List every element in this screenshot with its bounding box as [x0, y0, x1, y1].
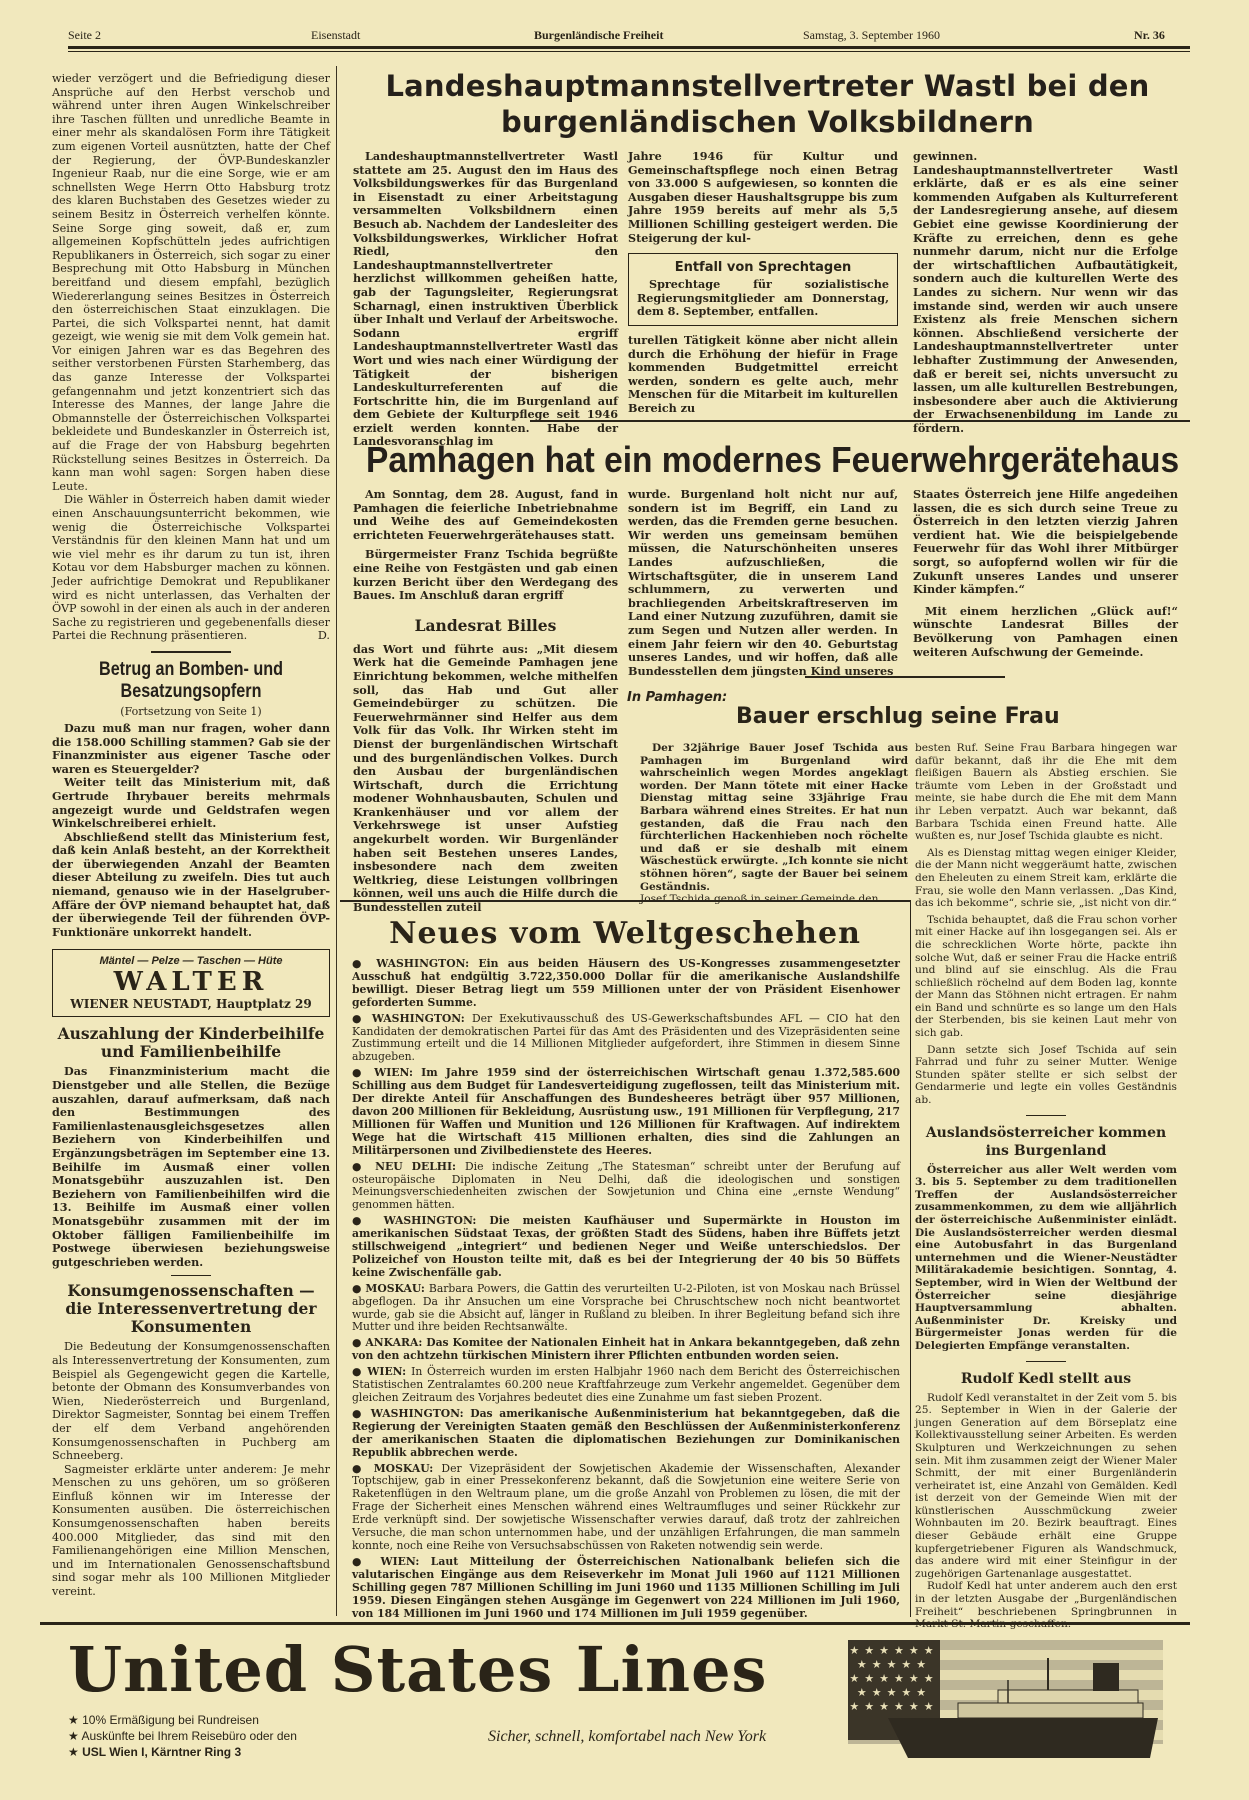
article-continued: wieder verzögert und die Befriedigung di…: [52, 72, 330, 493]
divider: [1026, 1115, 1066, 1116]
wastl-col2: Jahre 1946 für Kultur und Gemeinschaftsp…: [628, 150, 898, 416]
news-place: WASHINGTON:: [371, 1407, 470, 1420]
bullet-icon: ●: [352, 1282, 365, 1295]
kedl-p1: Rudolf Kedl veranstaltet in der Zeit vom…: [915, 1392, 1177, 1580]
ocean-liner-icon: [888, 1658, 1178, 1768]
usl-brand: United States Lines: [68, 1638, 767, 1702]
bullet-icon: ●: [352, 1555, 381, 1568]
bauer-p2: Als es Dienstag mittag wegen einiger Kle…: [915, 847, 1177, 909]
usl-ad: United States Lines ★ 10% Ermäßigung bei…: [58, 1638, 1178, 1788]
betrug-p2: Weiter teilt das Ministerium mit, daß Ge…: [52, 775, 330, 830]
masthead-rule: [68, 46, 1190, 49]
walter-tagline: Mäntel — Pelze — Taschen — Hüte: [57, 955, 325, 967]
article-continued-2: Die Wähler in Österreich haben damit wie…: [52, 493, 330, 642]
bauer-p1: besten Ruf. Seine Frau Barbara hingegen …: [915, 742, 1177, 843]
usl-bullets: ★ 10% Ermäßigung bei Rundreisen ★ Auskün…: [68, 1712, 297, 1760]
wastl-text-1: Landeshauptmannstellvertreter Wastl stat…: [353, 149, 618, 448]
walter-address: WIENER NEUSTADT, Hauptplatz 29: [57, 997, 325, 1011]
kedl-headline: Rudolf Kedl stellt aus: [915, 1370, 1177, 1388]
pamhagen-headline: Pamhagen hat ein modernes Feuerwehrgerät…: [366, 440, 1129, 480]
left-column: wieder verzögert und die Befriedigung di…: [52, 72, 330, 1599]
bullet-icon: ●: [352, 1365, 367, 1378]
auslands-text: Österreicher aus aller Welt werden vom 3…: [915, 1164, 1177, 1352]
wastl-headline-wrap: Landeshauptmannstellvertreter Wastl bei …: [345, 68, 1190, 140]
issue-date: Samstag, 3. September 1960: [803, 28, 940, 43]
news-place: NEU DELHI:: [375, 1160, 465, 1173]
news-text: Barbara Powers, die Gattin des verurteil…: [352, 1282, 900, 1334]
news-place: WIEN:: [381, 1555, 431, 1568]
divider: [171, 1275, 211, 1276]
bullet-icon: ●: [352, 1407, 371, 1420]
bauer-p3: Tschida behauptet, daß die Frau schon vo…: [915, 914, 1177, 1039]
news-text: Im Jahre 1959 sind der österreichischen …: [352, 1066, 900, 1156]
news-item: ● MOSKAU: Der Vizepräsident der Sowjetis…: [352, 1463, 900, 1553]
pamhagen-col1: Am Sonntag, dem 28. August, fand in Pamh…: [353, 488, 618, 915]
news-place: ANKARA:: [365, 1336, 426, 1349]
betrug-headline: Betrug an Bomben- und Besatzungsopfern: [73, 659, 309, 703]
usl-slogan: Sicher, schnell, komfortabel nach New Yo…: [488, 1728, 766, 1746]
weltgeschehen-box: Neues vom Weltgeschehen ● WASHINGTON: Ei…: [340, 900, 911, 1617]
news-text: In Österreich wurden im ersten Halbjahr …: [352, 1365, 900, 1404]
page-number: Seite 2: [68, 28, 101, 43]
bullet-icon: ●: [352, 1066, 374, 1079]
wastl-text-3: turellen Tätigkeit könne aber nicht alle…: [628, 334, 898, 416]
place: Eisenstadt: [311, 28, 360, 43]
star-icon: ★: [68, 1713, 79, 1727]
section-rule: [805, 676, 1005, 678]
masthead: Seite 2 Eisenstadt Burgenländische Freih…: [68, 24, 1190, 44]
wastl-text-4: gewinnen. Landeshauptmannstellvertreter …: [913, 150, 1178, 435]
walter-name: WALTER: [57, 967, 325, 997]
star-icon: ★: [68, 1729, 79, 1743]
news-place: MOSKAU:: [374, 1462, 442, 1475]
billes-subhead: Landesrat Billes: [353, 617, 618, 635]
bullet-icon: ●: [352, 1336, 365, 1349]
konsum-p2: Sagmeister erklärte unter anderem: Je me…: [52, 1463, 330, 1598]
news-text: Laut Mitteilung der Österreichischen Nat…: [352, 1555, 900, 1620]
bauer-headline: Bauer erschlug seine Frau: [736, 704, 1060, 729]
news-place: WIEN:: [367, 1365, 411, 1378]
divider: [1026, 1361, 1066, 1362]
news-item: ● NEU DELHI: Die indische Zeitung „The S…: [352, 1161, 900, 1213]
news-text: Das Komitee der Nationalen Einheit hat i…: [352, 1336, 900, 1362]
pamhagen-p1: Am Sonntag, dem 28. August, fand in Pamh…: [353, 487, 618, 542]
pamhagen-p3: das Wort und führte aus: „Mit diesem Wer…: [353, 643, 618, 915]
weltgeschehen-list: ● WASHINGTON: Ein aus beiden Häusern des…: [340, 954, 910, 1620]
news-place: MOSKAU:: [365, 1282, 429, 1295]
news-place: WIEN:: [374, 1066, 421, 1079]
usl-bullet: ★ 10% Ermäßigung bei Rundreisen: [68, 1712, 297, 1728]
bauer-lead: Der 32jährige Bauer Josef Tschida aus Pa…: [640, 742, 908, 893]
betrug-p3: Abschließend stellt das Ministerium fest…: [52, 830, 330, 939]
news-place: WASHINGTON:: [376, 957, 478, 970]
wastl-col3: gewinnen. Landeshauptmannstellvertreter …: [913, 150, 1178, 435]
bauer-kicker: In Pamhagen:: [627, 690, 727, 705]
star-icon: ★: [68, 1745, 79, 1759]
bauer-col1: Der 32jährige Bauer Josef Tschida aus Pa…: [640, 742, 908, 906]
notice-title: Entfall von Sprechtagen: [637, 260, 889, 275]
pamhagen-p5: Staates Österreich jene Hilfe angedeihen…: [913, 488, 1178, 597]
news-item: ● WASHINGTON: Die meisten Kaufhäuser und…: [352, 1215, 900, 1280]
konsum-headline: Konsumgenossenschaften — die Interessenv…: [52, 1282, 330, 1336]
bottom-rule: [40, 1622, 1190, 1625]
news-item: ● MOSKAU: Barbara Powers, die Gattin des…: [352, 1283, 900, 1335]
pamhagen-p4: wurde. Burgenland holt nicht nur auf, so…: [628, 488, 898, 678]
usl-bullet: ★ Auskünfte bei Ihrem Reisebüro oder den: [68, 1728, 297, 1744]
pamhagen-p6: Mit einem herzlichen „Glück auf!“ wünsch…: [913, 604, 1178, 659]
pamhagen-col3: Staates Österreich jene Hilfe angedeihen…: [913, 488, 1178, 659]
wastl-col1: Landeshauptmannstellvertreter Wastl stat…: [353, 150, 618, 449]
news-item: ● WASHINGTON: Der Exekutivausschuß des U…: [352, 1013, 900, 1065]
bullet-icon: ●: [352, 1160, 375, 1173]
issue-number: Nr. 36: [1134, 28, 1165, 43]
news-item: ● WASHINGTON: Das amerikanische Außenmin…: [352, 1408, 900, 1460]
wastl-headline: Landeshauptmannstellvertreter Wastl bei …: [345, 68, 1190, 140]
bullet-icon: ●: [352, 1214, 384, 1227]
pamhagen-p2: Bürgermeister Franz Tschida begrüßte ein…: [353, 547, 618, 602]
weltgeschehen-headline: Neues vom Weltgeschehen: [340, 914, 910, 954]
betrug-subline: (Fortsetzung von Seite 1): [52, 705, 330, 718]
bauer-p4: Dann setzte sich Josef Tschida auf sein …: [915, 1044, 1177, 1106]
notice-text: Sprechtage für sozialistische Regierungs…: [637, 277, 889, 318]
news-place: WASHINGTON:: [384, 1214, 490, 1227]
signature: D.: [318, 629, 330, 643]
konsum-p1: Die Bedeutung der Konsumgenossenschaften…: [52, 1340, 330, 1462]
news-item: ● WIEN: Im Jahre 1959 sind der österreic…: [352, 1067, 900, 1157]
masthead-rule-thin: [68, 51, 1190, 52]
kinderbeihilfe-headline: Auszahlung der Kinderbeihilfe und Famili…: [52, 1025, 330, 1061]
bullet-icon: ●: [352, 957, 376, 970]
bauer-col2: besten Ruf. Seine Frau Barbara hingegen …: [915, 742, 1177, 1631]
kinderbeihilfe-text: Das Finanzministerium macht die Dienstge…: [52, 1064, 330, 1268]
betrug-p1: Dazu muß man nur fragen, woher dann die …: [52, 721, 330, 776]
news-item: ● ANKARA: Das Komitee der Nationalen Ein…: [352, 1337, 900, 1363]
auslands-headline: Auslandsösterreicher kommen ins Burgenla…: [915, 1124, 1177, 1160]
pamhagen-headline-wrap: Pamhagen hat ein modernes Feuerwehrgerät…: [366, 440, 1186, 480]
wastl-text-2: Jahre 1946 für Kultur und Gemeinschaftsp…: [628, 150, 898, 245]
notice-box: Entfall von Sprechtagen Sprechtage für s…: [628, 253, 898, 326]
bullet-icon: ●: [352, 1012, 372, 1025]
divider: [151, 651, 231, 653]
bullet-icon: ●: [352, 1462, 374, 1475]
pamhagen-col2: wurde. Burgenland holt nicht nur auf, so…: [628, 488, 898, 678]
section-rule: [530, 420, 1190, 422]
walter-ad: Mäntel — Pelze — Taschen — Hüte WALTER W…: [52, 949, 330, 1017]
news-item: ● WASHINGTON: Ein aus beiden Häusern des…: [352, 958, 900, 1010]
news-item: ● WIEN: Laut Mitteilung der Österreichis…: [352, 1556, 900, 1621]
news-text: Der Vizepräsident der Sowjetischen Akade…: [352, 1462, 900, 1552]
column-rule: [336, 66, 337, 1616]
paper-name: Burgenländische Freiheit: [534, 28, 663, 43]
usl-bullet: ★ USL Wien I, Kärntner Ring 3: [68, 1744, 297, 1760]
news-item: ● WIEN: In Österreich wurden im ersten H…: [352, 1366, 900, 1405]
news-place: WASHINGTON:: [372, 1012, 472, 1025]
